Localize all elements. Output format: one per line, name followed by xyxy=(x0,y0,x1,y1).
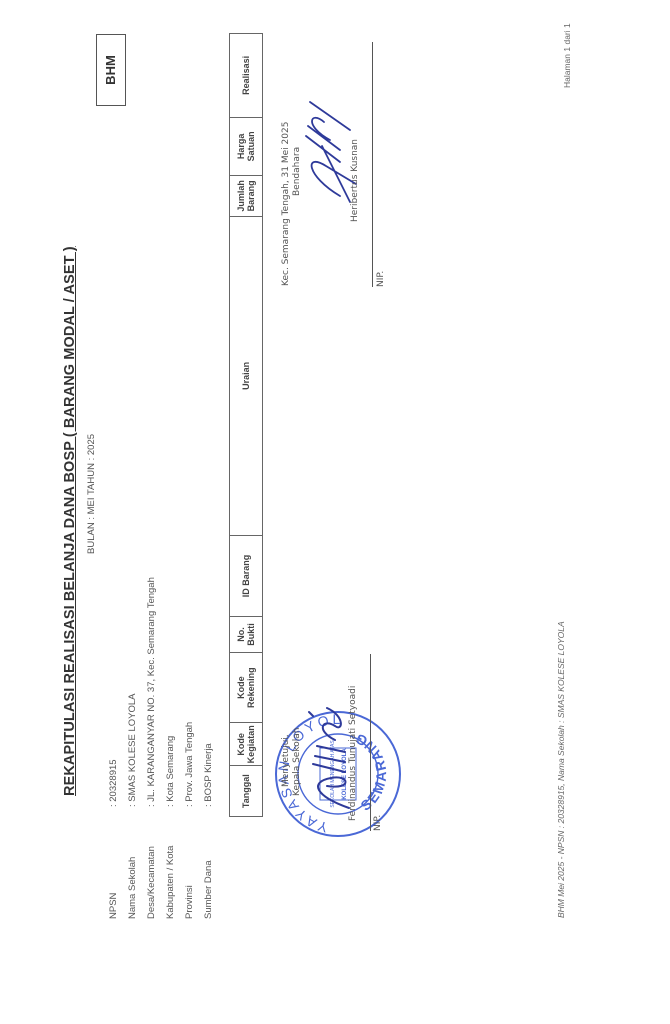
col-jumlah-barang: JumlahBarang xyxy=(230,176,263,217)
footer-document-info: BHM Mei 2025 - NPSN : 20328915, Nama Sek… xyxy=(556,621,566,918)
info-label: Desa/Kecamatan xyxy=(146,807,157,919)
info-label: Provinsi xyxy=(184,807,195,919)
principal-name: Ferdinandus Tunujati Setyoadi xyxy=(348,686,358,821)
info-label: Sumber Dana xyxy=(203,807,214,919)
document-page: BHM REKAPITULASI REALISASI BELANJA DANA … xyxy=(0,0,670,1024)
info-row-desa-kecamatan: Desa/Kecamatan: JL. KARANGANYAR NO. 37, … xyxy=(146,577,157,919)
info-row-nama-sekolah: Nama Sekolah: SMAS KOLESE LOYOLA xyxy=(127,693,138,919)
col-uraian: Uraian xyxy=(230,216,263,535)
principal-role: Kepala Sekolah xyxy=(292,728,302,796)
info-row-sumber-dana: Sumber Dana: BOSP Kinerja xyxy=(203,743,214,919)
info-row-npsn: NPSN: 20328915 xyxy=(108,759,119,919)
info-value: : SMAS KOLESE LOYOLA xyxy=(127,693,138,807)
info-value: : 20328915 xyxy=(108,759,119,807)
col-harga-satuan: HargaSatuan xyxy=(230,117,263,175)
place-date: Kec. Semarang Tengah, 31 Mei 2025 xyxy=(281,122,291,286)
col-no-bukti: No.Bukti xyxy=(230,617,263,653)
footer-page-number: Halaman 1 dari 1 xyxy=(562,23,572,88)
info-label: NPSN xyxy=(108,807,119,919)
treasurer-nip: NIP. xyxy=(376,271,386,287)
report-type-badge: BHM xyxy=(96,34,126,106)
principal-signature-line xyxy=(370,654,371,831)
info-value: : Prov. Jawa Tengah xyxy=(184,722,195,807)
info-row-provinsi: Provinsi: Prov. Jawa Tengah xyxy=(184,722,195,919)
info-row-kabupaten-kota: Kabupaten / Kota: Kota Semarang xyxy=(165,736,176,919)
col-id-barang: ID Barang xyxy=(230,535,263,616)
principal-nip: NIP. xyxy=(373,815,383,831)
page-title: REKAPITULASI REALISASI BELANJA DANA BOSP… xyxy=(62,246,78,796)
col-kode-rekening: Kode Rekening xyxy=(230,653,263,723)
period-subtitle: BULAN : MEI TAHUN : 2025 xyxy=(86,434,97,554)
col-tanggal: Tanggal xyxy=(230,766,263,817)
table-header-row: Tanggal KodeKegiatan Kode Rekening No.Bu… xyxy=(230,34,263,817)
treasurer-signature-line xyxy=(372,42,373,287)
info-value: : JL. KARANGANYAR NO. 37, Kec. Semarang … xyxy=(146,577,157,807)
approval-label: Menyetujui, xyxy=(281,734,291,787)
col-kode-kegiatan: KodeKegiatan xyxy=(230,723,263,766)
realization-table: Tanggal KodeKegiatan Kode Rekening No.Bu… xyxy=(229,33,263,817)
info-label: Nama Sekolah xyxy=(127,807,138,919)
info-value: : Kota Semarang xyxy=(165,736,176,807)
info-label: Kabupaten / Kota xyxy=(165,807,176,919)
treasurer-name: Heribertus Kusnan xyxy=(350,139,360,222)
col-realisasi: Realisasi xyxy=(230,34,263,118)
info-value: : BOSP Kinerja xyxy=(203,743,214,807)
